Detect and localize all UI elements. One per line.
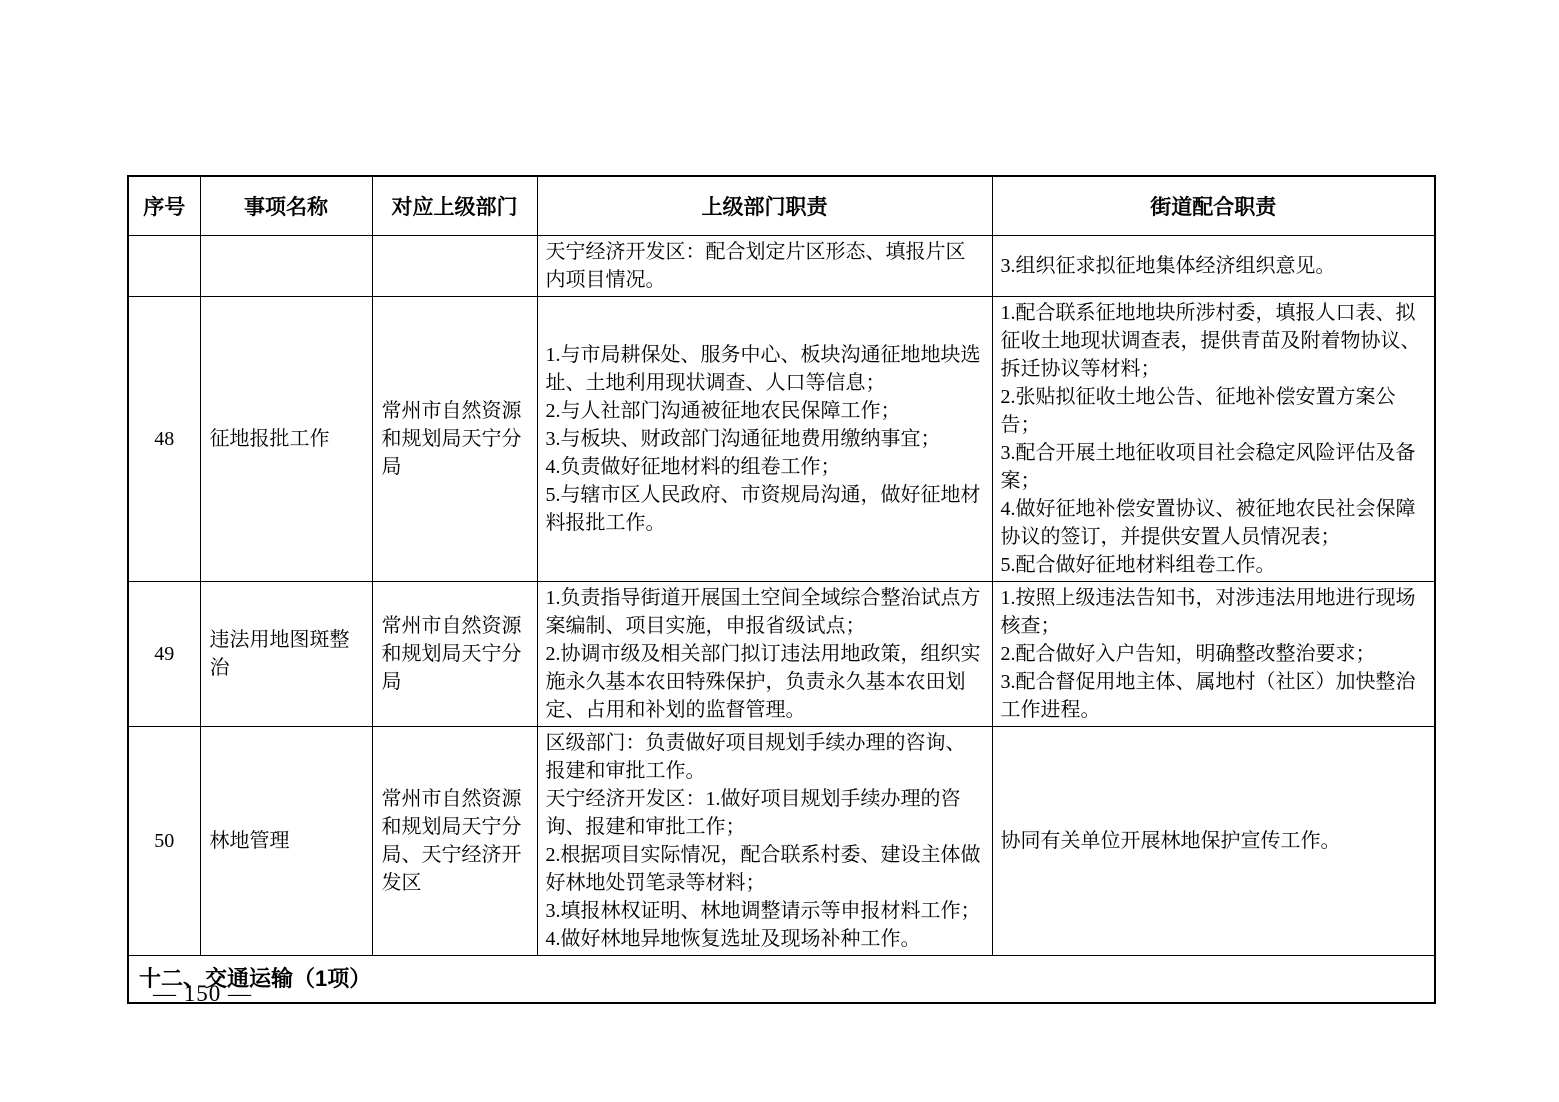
seq-cell: 50 bbox=[128, 726, 200, 955]
street-duties-cell: 1.配合联系征地地块所涉村委，填报人口表、拟征收土地现状调查表，提供青苗及附着物… bbox=[992, 296, 1435, 581]
section-header-row: 十二、交通运输（1项） bbox=[128, 955, 1435, 1003]
seq-cell: 48 bbox=[128, 296, 200, 581]
street-duties-cell: 1.按照上级违法告知书，对涉违法用地进行现场核查； 2.配合做好入户告知，明确整… bbox=[992, 581, 1435, 726]
duty-item: 协同有关单位开展林地保护宣传工作。 bbox=[1001, 827, 1427, 855]
superior-duties-cell: 1.负责指导街道开展国土空间全域综合整治试点方案编制、项目实施，申报省级试点； … bbox=[537, 581, 992, 726]
column-header-street-duties: 街道配合职责 bbox=[992, 176, 1435, 235]
duty-item: 4.负责做好征地材料的组卷工作； bbox=[546, 453, 984, 481]
column-header-superior-dept: 对应上级部门 bbox=[372, 176, 537, 235]
department-cell: 常州市自然资源和规划局天宁分局 bbox=[372, 581, 537, 726]
column-header-item-name: 事项名称 bbox=[200, 176, 372, 235]
table-header-row: 序号 事项名称 对应上级部门 上级部门职责 街道配合职责 bbox=[128, 176, 1435, 235]
duty-item: 5.配合做好征地材料组卷工作。 bbox=[1001, 551, 1427, 579]
department-cell: 常州市自然资源和规划局天宁分局 bbox=[372, 296, 537, 581]
duty-item: 3.填报林权证明、林地调整请示等申报材料工作； bbox=[546, 897, 984, 925]
street-duties-cell: 3.组织征求拟征地集体经济组织意见。 bbox=[992, 235, 1435, 296]
street-duties-cell: 协同有关单位开展林地保护宣传工作。 bbox=[992, 726, 1435, 955]
duty-item: 天宁经济开发区：配合划定片区形态、填报片区内项目情况。 bbox=[546, 238, 984, 294]
column-header-seq: 序号 bbox=[128, 176, 200, 235]
duty-item: 1.与市局耕保处、服务中心、板块沟通征地地块选址、土地利用现状调查、人口等信息； bbox=[546, 341, 984, 397]
duty-item: 2.张贴拟征收土地公告、征地补偿安置方案公告； bbox=[1001, 383, 1427, 439]
page-number: — 150 — bbox=[153, 981, 252, 1007]
seq-cell bbox=[128, 235, 200, 296]
duty-item: 4.做好征地补偿安置协议、被征地农民社会保障协议的签订，并提供安置人员情况表； bbox=[1001, 495, 1427, 551]
document-page: 序号 事项名称 对应上级部门 上级部门职责 街道配合职责 天宁经济开发区：配合划… bbox=[0, 0, 1559, 1102]
superior-duties-cell: 1.与市局耕保处、服务中心、板块沟通征地地块选址、土地利用现状调查、人口等信息；… bbox=[537, 296, 992, 581]
duty-item: 3.配合开展土地征收项目社会稳定风险评估及备案； bbox=[1001, 439, 1427, 495]
item-name-cell: 违法用地图斑整治 bbox=[200, 581, 372, 726]
department-cell bbox=[372, 235, 537, 296]
duty-item: 1.配合联系征地地块所涉村委，填报人口表、拟征收土地现状调查表，提供青苗及附着物… bbox=[1001, 299, 1427, 383]
item-name-cell bbox=[200, 235, 372, 296]
duty-item: 1.负责指导街道开展国土空间全域综合整治试点方案编制、项目实施，申报省级试点； bbox=[546, 584, 984, 640]
superior-duties-cell: 区级部门：负责做好项目规划手续办理的咨询、报建和审批工作。 天宁经济开发区：1.… bbox=[537, 726, 992, 955]
item-name-cell: 征地报批工作 bbox=[200, 296, 372, 581]
duty-item: 3.与板块、财政部门沟通征地费用缴纳事宜； bbox=[546, 425, 984, 453]
duty-item: 5.与辖市区人民政府、市资规局沟通，做好征地材料报批工作。 bbox=[546, 481, 984, 537]
table-row-50: 50 林地管理 常州市自然资源和规划局天宁分局、天宁经济开发区 区级部门：负责做… bbox=[128, 726, 1435, 955]
duty-item: 天宁经济开发区：1.做好项目规划手续办理的咨询、报建和审批工作； bbox=[546, 785, 984, 841]
column-header-superior-duties: 上级部门职责 bbox=[537, 176, 992, 235]
duty-item: 2.配合做好入户告知，明确整改整治要求； bbox=[1001, 640, 1427, 668]
table-row-48: 48 征地报批工作 常州市自然资源和规划局天宁分局 1.与市局耕保处、服务中心、… bbox=[128, 296, 1435, 581]
item-name-cell: 林地管理 bbox=[200, 726, 372, 955]
responsibility-table: 序号 事项名称 对应上级部门 上级部门职责 街道配合职责 天宁经济开发区：配合划… bbox=[127, 175, 1436, 1004]
duty-item: 2.根据项目实际情况，配合联系村委、建设主体做好林地处罚笔录等材料； bbox=[546, 841, 984, 897]
duty-item: 区级部门：负责做好项目规划手续办理的咨询、报建和审批工作。 bbox=[546, 729, 984, 785]
duty-item: 3.组织征求拟征地集体经济组织意见。 bbox=[1001, 252, 1427, 280]
table-row-continuation: 天宁经济开发区：配合划定片区形态、填报片区内项目情况。 3.组织征求拟征地集体经… bbox=[128, 235, 1435, 296]
duty-item: 4.做好林地异地恢复选址及现场补种工作。 bbox=[546, 925, 984, 953]
duty-item: 3.配合督促用地主体、属地村（社区）加快整治工作进程。 bbox=[1001, 668, 1427, 724]
duty-item: 2.与人社部门沟通被征地农民保障工作； bbox=[546, 397, 984, 425]
table-row-49: 49 违法用地图斑整治 常州市自然资源和规划局天宁分局 1.负责指导街道开展国土… bbox=[128, 581, 1435, 726]
duty-item: 2.协调市级及相关部门拟订违法用地政策，组织实施永久基本农田特殊保护，负责永久基… bbox=[546, 640, 984, 724]
department-cell: 常州市自然资源和规划局天宁分局、天宁经济开发区 bbox=[372, 726, 537, 955]
superior-duties-cell: 天宁经济开发区：配合划定片区形态、填报片区内项目情况。 bbox=[537, 235, 992, 296]
seq-cell: 49 bbox=[128, 581, 200, 726]
duty-item: 1.按照上级违法告知书，对涉违法用地进行现场核查； bbox=[1001, 584, 1427, 640]
section-title: 十二、交通运输（1项） bbox=[128, 955, 1435, 1003]
